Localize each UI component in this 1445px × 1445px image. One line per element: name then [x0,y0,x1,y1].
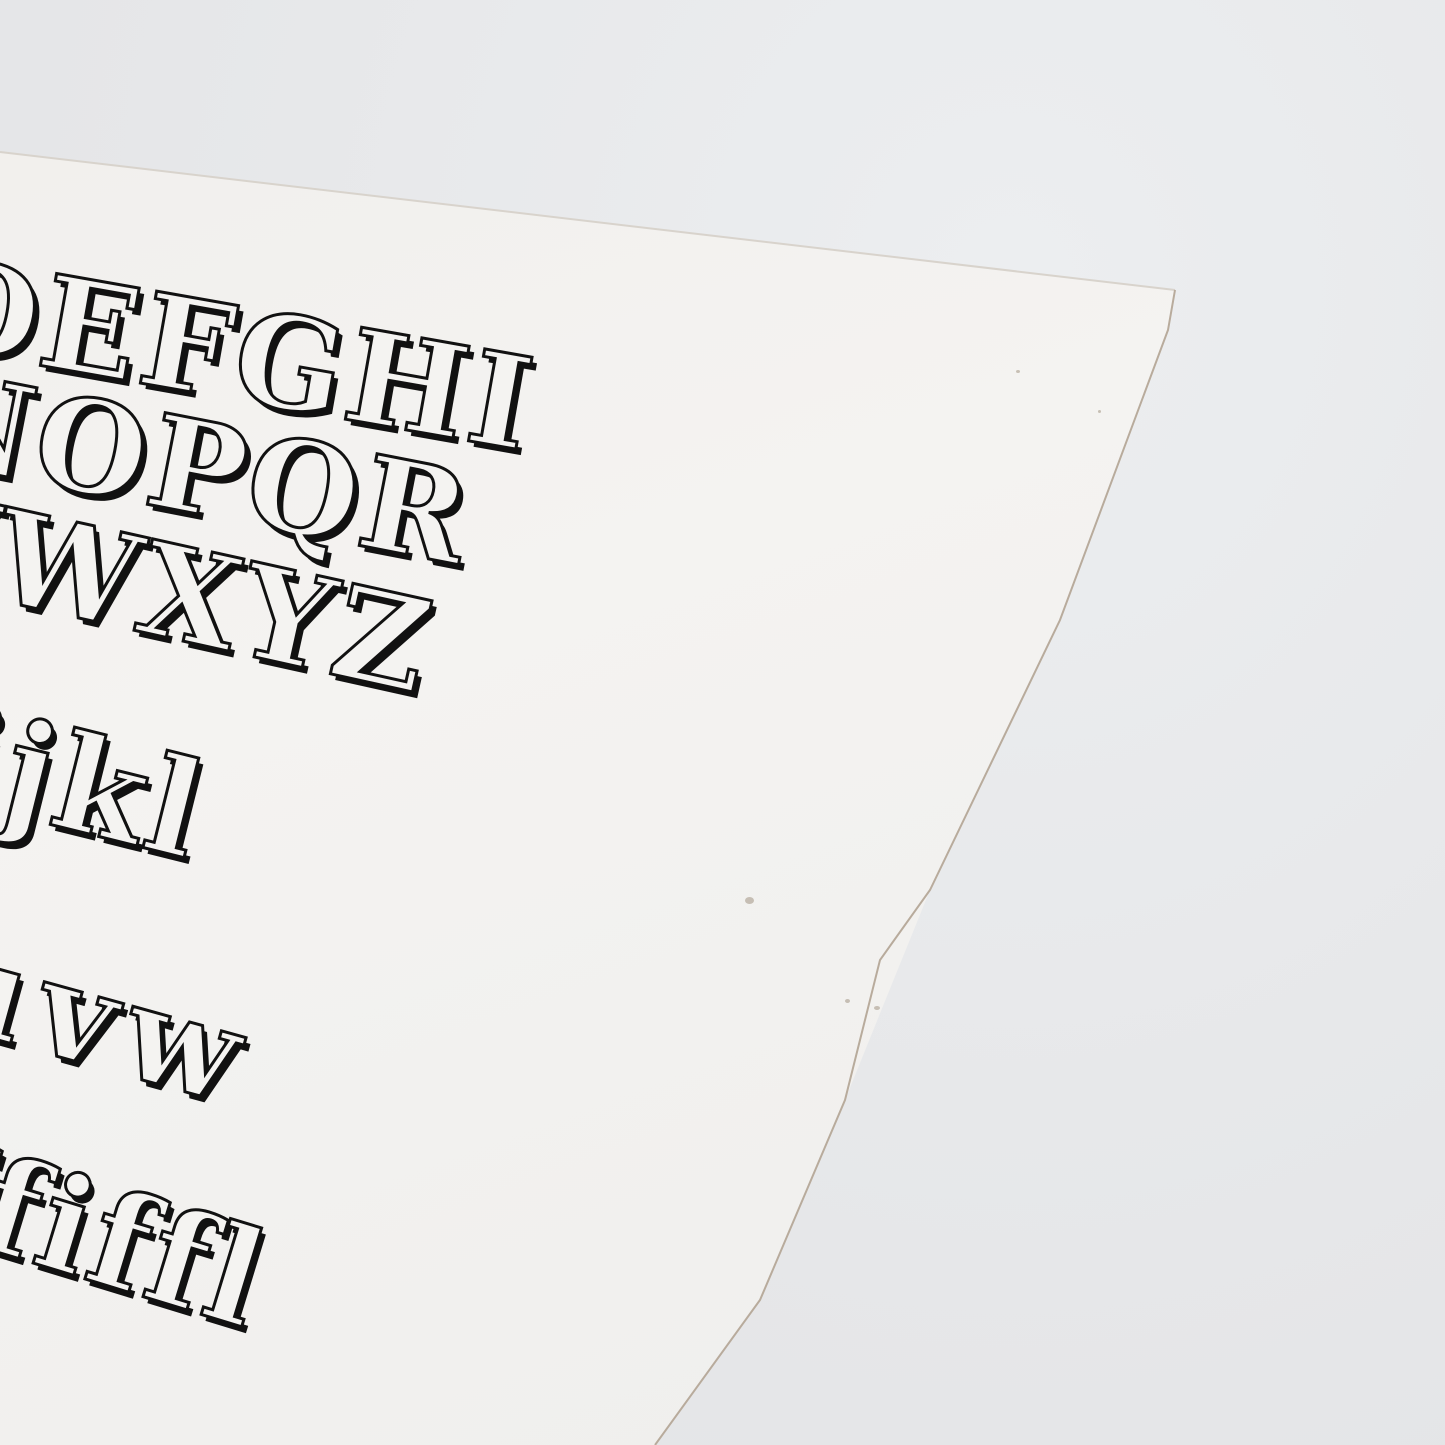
lowercase-row-ijkl: ijkl [0,690,218,880]
paper-speck [845,999,850,1003]
paper-speck [745,897,754,904]
paper-speck [874,1006,880,1010]
ligature-row-ffl: ffiffl [0,1120,281,1349]
paper-speck [1016,370,1020,373]
paper-speck [1098,410,1101,413]
lowercase-row-uvw: uvw [0,912,268,1127]
